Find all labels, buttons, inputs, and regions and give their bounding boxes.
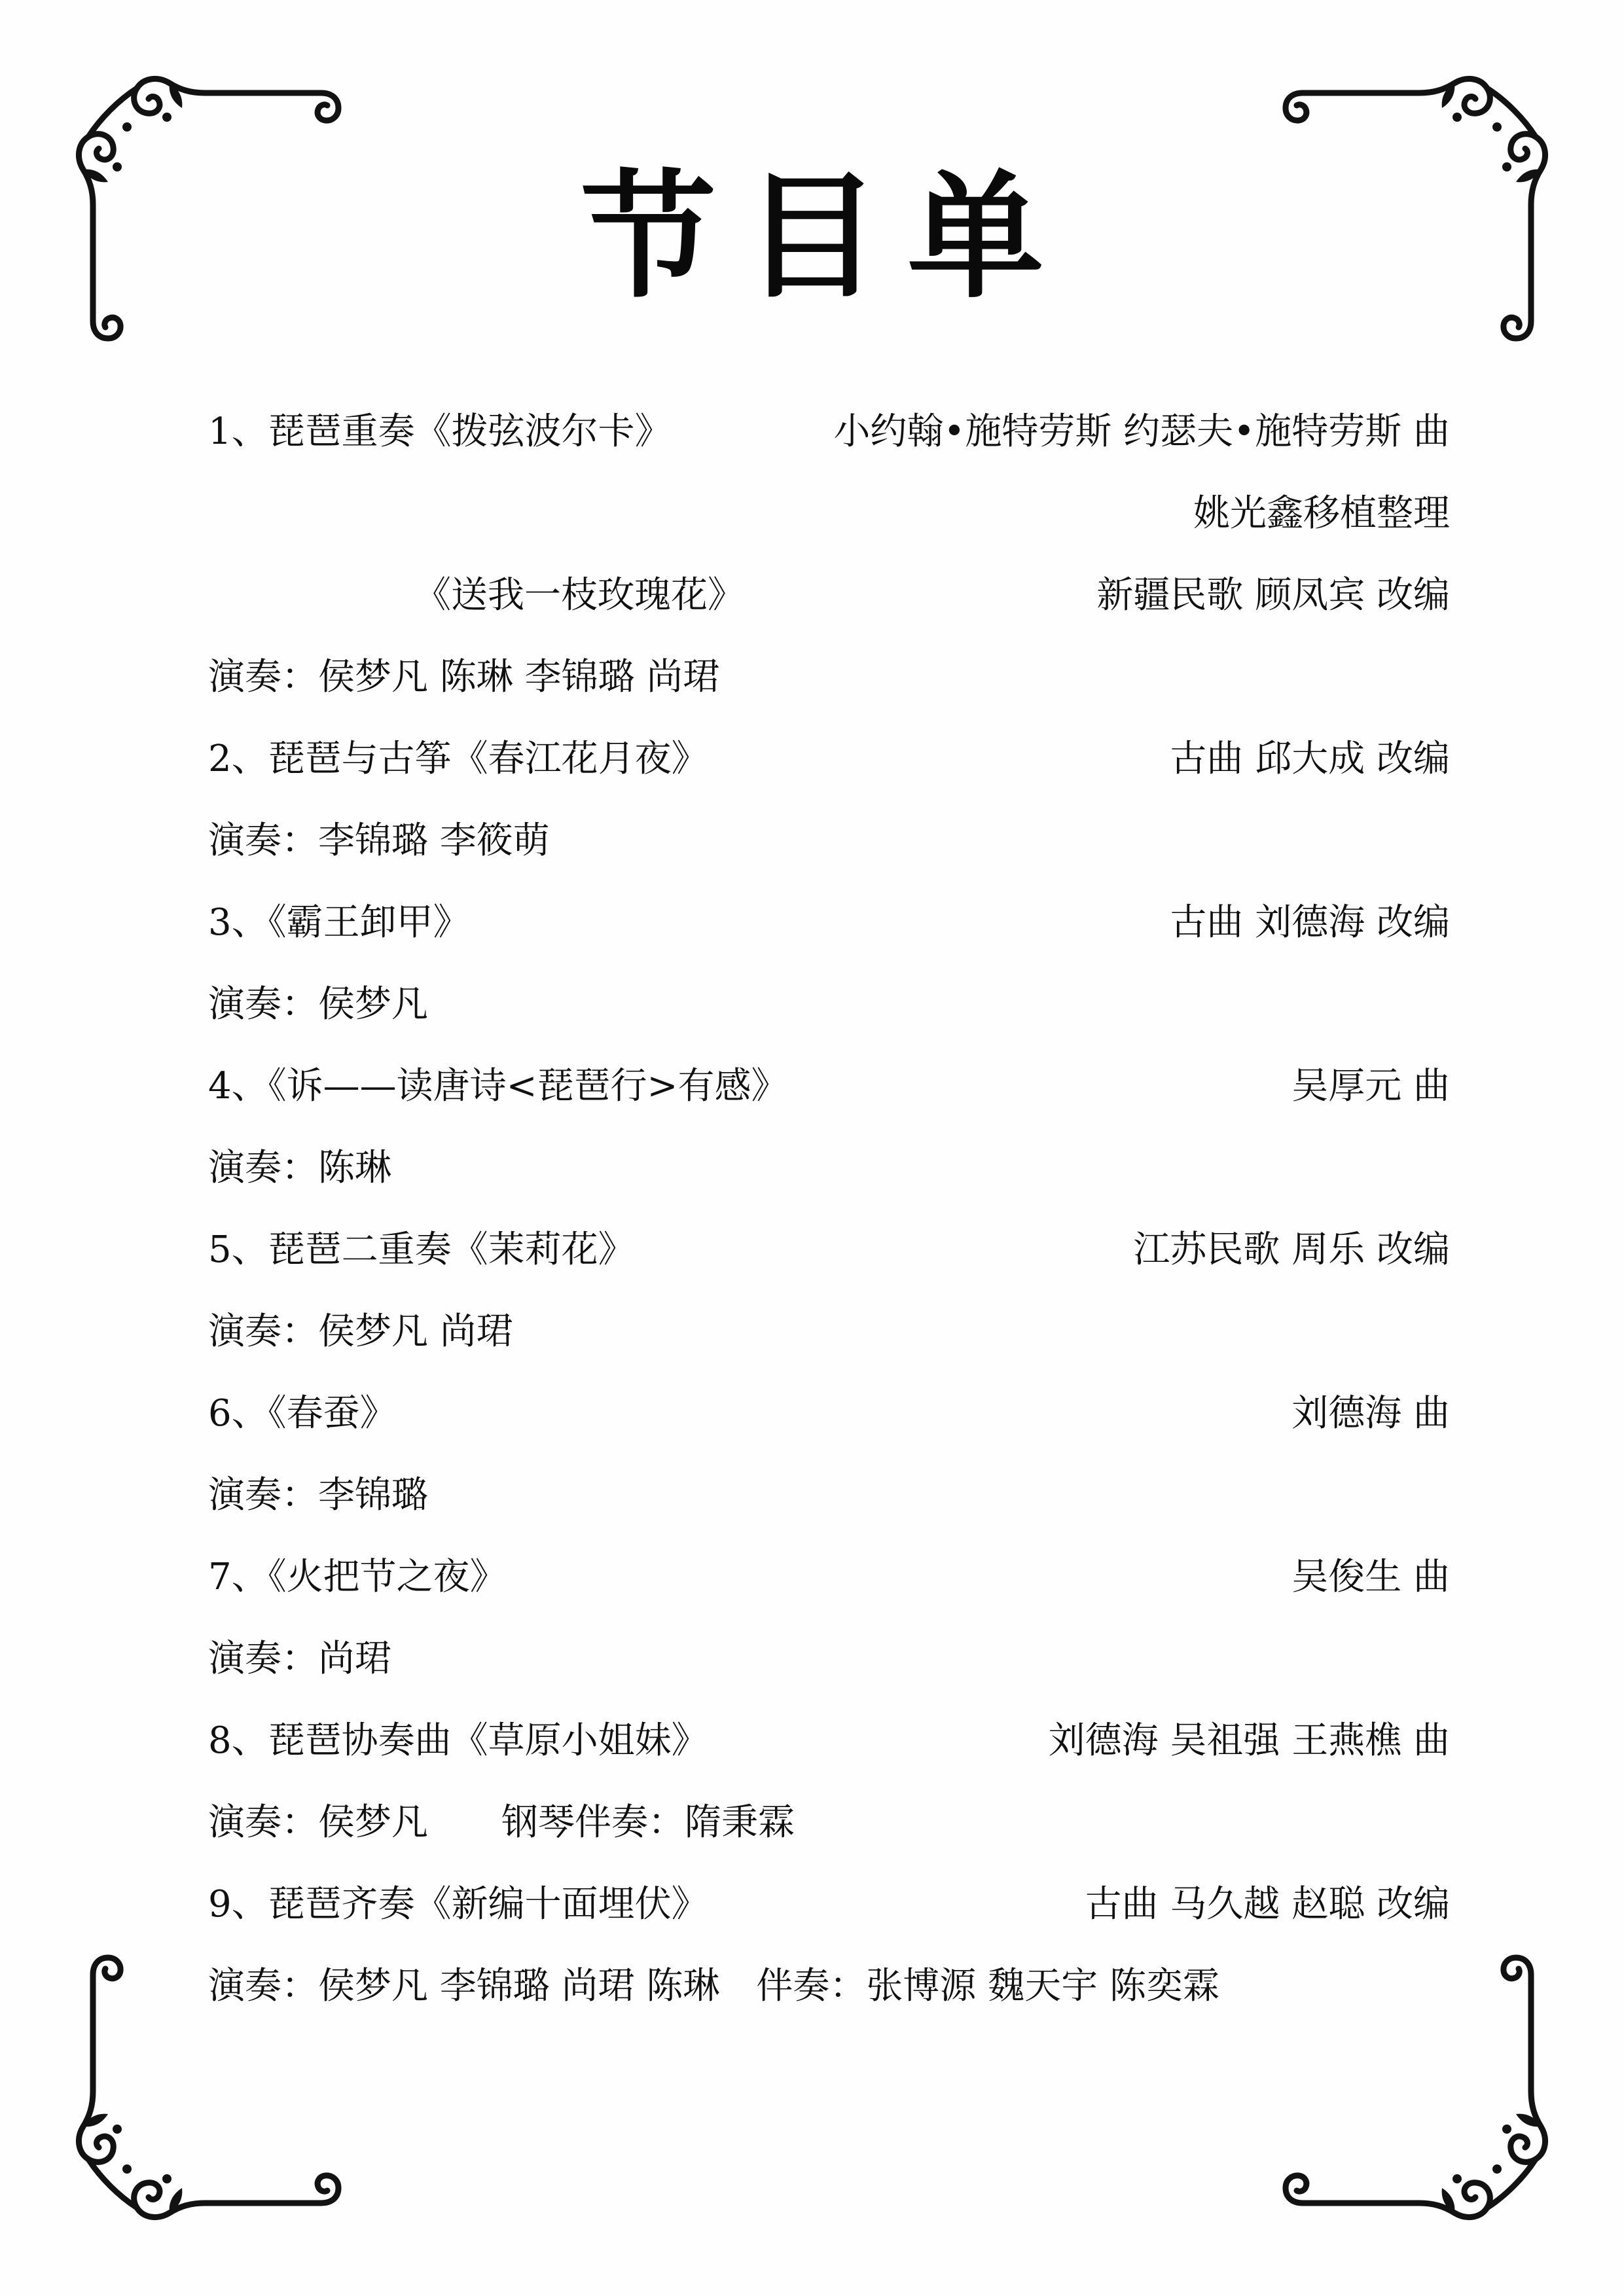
piece-title: 7、《火把节之夜》 [208, 1548, 507, 1600]
piece-credit: 刘德海 吴祖强 王燕樵 曲 [1049, 1712, 1450, 1764]
piece-credit: 古曲 马久越 赵聪 改编 [1085, 1875, 1450, 1928]
piece-credit: 姚光鑫移植整理 [1193, 484, 1450, 537]
performers-label: 演奏：尚珺 [208, 1630, 391, 1682]
performers-row: 演奏：李锦璐 李筱萌 [208, 797, 1450, 878]
performers-row: 演奏：侯梦凡 陈琳 李锦璐 尚珺 [208, 633, 1450, 715]
page-title: 节目单 [0, 162, 1624, 312]
piece-title: 9、琵琶齐奏《新编十面埋伏》 [208, 1875, 708, 1928]
piece-row-2: 2、琵琶与古筝《春江花月夜》 古曲 邱大成 改编 [208, 715, 1450, 797]
piece-row-8: 8、琵琶协奏曲《草原小姐妹》 刘德海 吴祖强 王燕樵 曲 [208, 1696, 1450, 1778]
piece-row-1b: 《送我一枝玫瑰花》 新疆民歌 顾凤宾 改编 [208, 551, 1450, 633]
performers-label: 演奏：侯梦凡 钢琴伴奏：隋秉霖 [208, 1793, 795, 1846]
performers-row: 演奏：侯梦凡 [208, 960, 1450, 1042]
performers-row: 演奏：陈琳 [208, 1124, 1450, 1206]
piece-credit: 吴厚元 曲 [1291, 1057, 1450, 1109]
performers-label: 演奏：侯梦凡 陈琳 李锦璐 尚珺 [208, 648, 719, 700]
performers-row: 演奏：侯梦凡 钢琴伴奏：隋秉霖 [208, 1778, 1450, 1860]
performers-label: 演奏：陈琳 [208, 1139, 391, 1191]
piece-credit: 新疆民歌 顾凤宾 改编 [1096, 566, 1450, 619]
piece-title: 4、《诉——读唐诗<琵琶行>有感》 [208, 1057, 787, 1109]
performers-row: 演奏：李锦璐 [208, 1451, 1450, 1533]
piece-row-6: 6、《春蚕》 刘德海 曲 [208, 1369, 1450, 1451]
piece-title: 2、琵琶与古筝《春江花月夜》 [208, 730, 708, 782]
piece-row-3: 3、《霸王卸甲》 古曲 刘德海 改编 [208, 878, 1450, 960]
piece-credit: 古曲 邱大成 改编 [1170, 730, 1450, 782]
piece-title: 1、琵琶重奏《拨弦波尔卡》 [208, 403, 672, 455]
performers-label: 演奏：李锦璐 李筱萌 [208, 812, 550, 864]
piece-row-7: 7、《火把节之夜》 吴俊生 曲 [208, 1533, 1450, 1615]
piece-credit: 刘德海 曲 [1291, 1384, 1450, 1437]
piece-title: 《送我一枝玫瑰花》 [414, 566, 744, 619]
program-list: 1、琵琶重奏《拨弦波尔卡》 小约翰•施特劳斯 约瑟夫•施特劳斯 曲 姚光鑫移植整… [208, 387, 1450, 2024]
performers-label: 演奏：侯梦凡 [208, 975, 428, 1028]
performers-row: 演奏：尚珺 [208, 1615, 1450, 1696]
performers-row: 演奏：侯梦凡 尚珺 [208, 1287, 1450, 1369]
piece-title: 5、琵琶二重奏《茉莉花》 [208, 1221, 635, 1273]
piece-credit: 吴俊生 曲 [1291, 1548, 1450, 1600]
piece-row-5: 5、琵琶二重奏《茉莉花》 江苏民歌 周乐 改编 [208, 1206, 1450, 1287]
performers-label: 演奏：侯梦凡 李锦璐 尚珺 陈琳 伴奏：张博源 魏天宇 陈奕霖 [208, 1957, 1219, 2009]
piece-row-9: 9、琵琶齐奏《新编十面埋伏》 古曲 马久越 赵聪 改编 [208, 1860, 1450, 1942]
piece-credit: 江苏民歌 周乐 改编 [1133, 1221, 1450, 1273]
piece-title: 6、《春蚕》 [208, 1384, 397, 1437]
piece-row-1: 1、琵琶重奏《拨弦波尔卡》 小约翰•施特劳斯 约瑟夫•施特劳斯 曲 [208, 387, 1450, 469]
piece-title: 3、《霸王卸甲》 [208, 893, 470, 946]
program-page: 节目单 1、琵琶重奏《拨弦波尔卡》 小约翰•施特劳斯 约瑟夫•施特劳斯 曲 姚光… [0, 0, 1624, 2296]
piece-credit: 小约翰•施特劳斯 约瑟夫•施特劳斯 曲 [833, 403, 1450, 455]
performers-label: 演奏：李锦璐 [208, 1466, 428, 1518]
piece-row-4: 4、《诉——读唐诗<琵琶行>有感》 吴厚元 曲 [208, 1042, 1450, 1124]
performers-label: 演奏：侯梦凡 尚珺 [208, 1302, 513, 1355]
piece-credit: 古曲 刘德海 改编 [1170, 893, 1450, 946]
piece-credit-row: 姚光鑫移植整理 [208, 469, 1450, 551]
piece-title: 8、琵琶协奏曲《草原小姐妹》 [208, 1712, 708, 1764]
performers-row: 演奏：侯梦凡 李锦璐 尚珺 陈琳 伴奏：张博源 魏天宇 陈奕霖 [208, 1942, 1450, 2024]
